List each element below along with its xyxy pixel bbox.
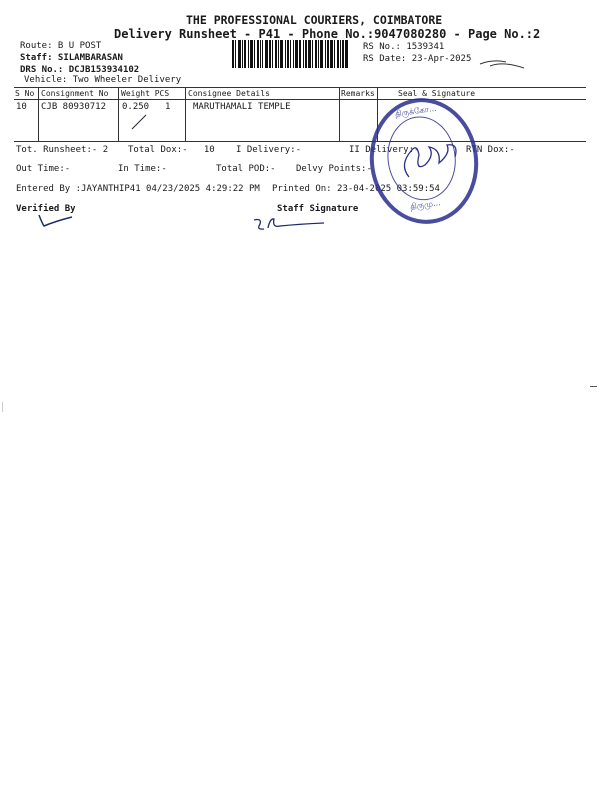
rs-no-label: RS No.: 1539341 xyxy=(363,42,444,52)
drs-no-label: DRS No.: DCJB153934102 xyxy=(20,65,139,75)
total-pod: Total POD:- xyxy=(216,164,276,174)
header-consignment-no: Consignment No xyxy=(41,89,108,98)
i-delivery: I Delivery:- xyxy=(236,145,301,155)
total-dox: Total Dox:- 10 xyxy=(128,145,215,155)
cell-consignee: MARUTHAMALI TEMPLE xyxy=(193,102,291,112)
delvy-points: Delvy Points:- xyxy=(296,164,372,174)
in-time: In Time:- xyxy=(118,164,167,174)
staff-label: Staff: SILAMBARASAN xyxy=(20,53,123,63)
col-divider xyxy=(185,87,186,141)
header-s-no: S No xyxy=(15,89,34,98)
cell-s-no: 10 xyxy=(16,102,27,112)
cell-weight: 0.250 xyxy=(122,102,149,112)
scan-mark xyxy=(2,402,3,412)
out-time: Out Time:- xyxy=(16,164,70,174)
col-divider xyxy=(38,87,39,141)
stamp-text-bottom: திருமு... xyxy=(410,198,442,212)
table-top-border xyxy=(14,87,586,88)
col-divider xyxy=(339,87,340,141)
table-header-border xyxy=(14,99,586,100)
entered-by: Entered By :JAYANTHIP41 04/23/2025 4:29:… xyxy=(16,184,260,194)
tick-mark-icon xyxy=(130,112,150,132)
company-title: THE PROFESSIONAL COURIERS, COIMBATORE xyxy=(186,13,442,27)
verified-signature-icon xyxy=(36,213,76,229)
header-weight-pcs: Weight PCS xyxy=(121,89,169,98)
scan-mark xyxy=(590,386,597,387)
cell-consignment-no: CJB 80930712 xyxy=(41,102,106,112)
staff-signature-icon xyxy=(250,214,330,234)
rs-date-label: RS Date: 23-Apr-2025 xyxy=(363,54,471,64)
header-seal-signature: Seal & Signature xyxy=(398,89,475,98)
table-bottom-border xyxy=(14,141,586,142)
tot-runsheet: Tot. Runsheet:- 2 xyxy=(16,145,108,155)
col-divider xyxy=(118,87,119,141)
stamp-signature-icon xyxy=(395,135,465,185)
route-label: Route: B U POST xyxy=(20,41,101,51)
barcode xyxy=(232,40,360,68)
staff-signature-label: Staff Signature xyxy=(277,204,358,214)
header-consignee-details: Consignee Details xyxy=(188,89,270,98)
header-remarks: Remarks xyxy=(341,89,375,98)
cell-pcs: 1 xyxy=(165,102,170,112)
vehicle-label: Vehicle: Two Wheeler Delivery xyxy=(24,75,181,85)
runsheet-subtitle: Delivery Runsheet - P41 - Phone No.:9047… xyxy=(114,27,540,41)
handwritten-mark-icon xyxy=(478,56,528,72)
